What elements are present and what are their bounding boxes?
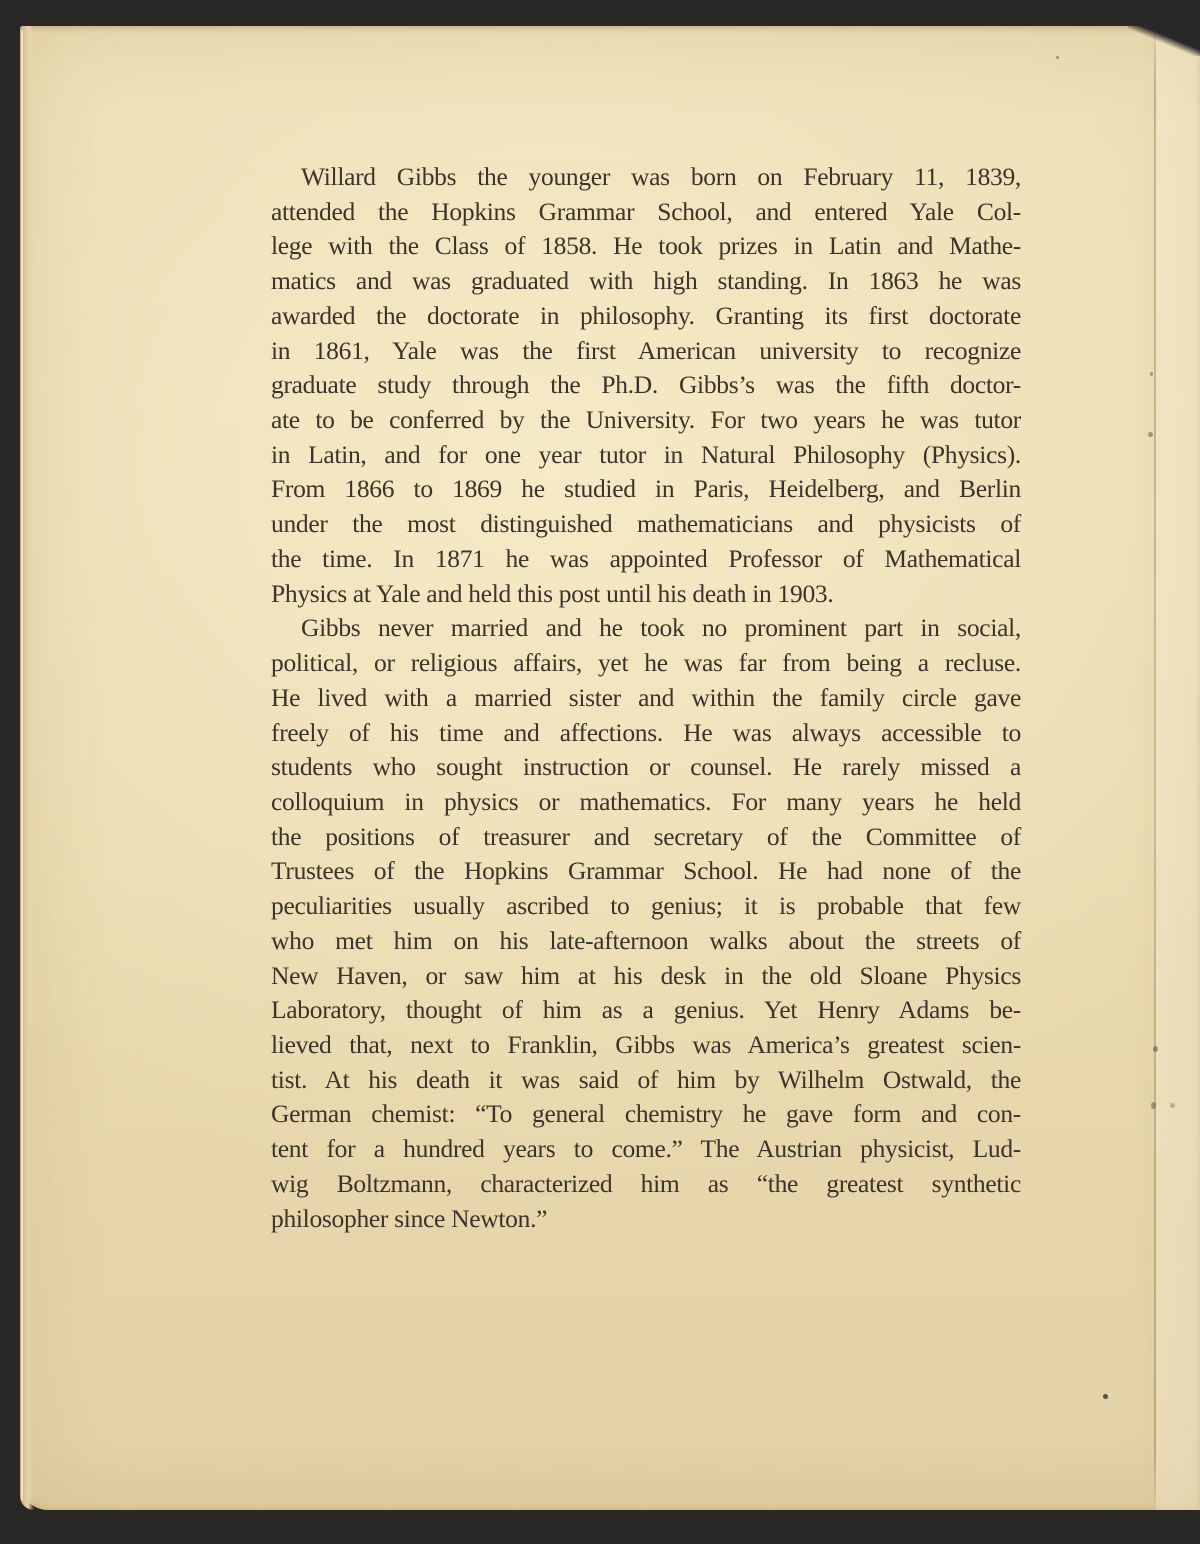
text-line: lege with the Class of 1858. He took pri… bbox=[271, 229, 1021, 264]
text-line: peculiarities usually ascribed to genius… bbox=[271, 889, 1021, 924]
paper-sheet: Willard Gibbs the younger was born on Fe… bbox=[20, 26, 1200, 1510]
paper-speck bbox=[1150, 372, 1153, 376]
text-line: ate to be conferred by the University. F… bbox=[271, 403, 1021, 438]
text-line: He lived with a married sister and withi… bbox=[271, 681, 1021, 716]
text-line: tist. At his death it was said of him by… bbox=[271, 1063, 1021, 1098]
text-line: in 1861, Yale was the first American uni… bbox=[271, 334, 1021, 369]
text-line: wig Boltzmann, characterized him as “the… bbox=[271, 1167, 1021, 1202]
text-line: German chemist: “To general chemistry he… bbox=[271, 1097, 1021, 1132]
page-edge-highlight bbox=[21, 30, 23, 1500]
paper-speck bbox=[1153, 1046, 1158, 1052]
text-line: From 1866 to 1869 he studied in Paris, H… bbox=[271, 472, 1021, 507]
text-line: philosopher since Newton.” bbox=[271, 1202, 1021, 1237]
text-line: freely of his time and affections. He wa… bbox=[271, 716, 1021, 751]
text-line: under the most distinguished mathematici… bbox=[271, 507, 1021, 542]
paper-speck bbox=[1170, 1103, 1175, 1108]
text-line: Laboratory, thought of him as a genius. … bbox=[271, 993, 1021, 1028]
text-line: matics and was graduated with high stand… bbox=[271, 264, 1021, 299]
text-line: Trustees of the Hopkins Grammar School. … bbox=[271, 854, 1021, 889]
text-line: students who sought instruction or couns… bbox=[271, 750, 1021, 785]
text-line: graduate study through the Ph.D. Gibbs’s… bbox=[271, 368, 1021, 403]
text-line: Gibbs never married and he took no promi… bbox=[271, 611, 1021, 646]
page-crease-zone bbox=[1156, 26, 1200, 1510]
text-line: attended the Hopkins Grammar School, and… bbox=[271, 195, 1021, 230]
paragraph: Willard Gibbs the younger was born on Fe… bbox=[271, 160, 1021, 611]
text-line: political, or religious affairs, yet he … bbox=[271, 646, 1021, 681]
page-corner-shadow bbox=[1128, 26, 1200, 56]
text-line: the time. In 1871 he was appointed Profe… bbox=[271, 542, 1021, 577]
paragraph: Gibbs never married and he took no promi… bbox=[271, 611, 1021, 1236]
paper-speck bbox=[1151, 1102, 1156, 1109]
text-line: colloquium in physics or mathematics. Fo… bbox=[271, 785, 1021, 820]
text-line: Willard Gibbs the younger was born on Fe… bbox=[271, 160, 1021, 195]
text-line: the positions of treasurer and secretary… bbox=[271, 820, 1021, 855]
page-text: Willard Gibbs the younger was born on Fe… bbox=[271, 160, 1021, 1236]
text-line: awarded the doctorate in philosophy. Gra… bbox=[271, 299, 1021, 334]
paper-speck bbox=[1148, 432, 1153, 437]
paper-speck bbox=[1103, 1394, 1108, 1399]
page-crease bbox=[1154, 26, 1156, 1510]
text-line: who met him on his late-afternoon walks … bbox=[271, 924, 1021, 959]
text-line: Physics at Yale and held this post until… bbox=[271, 577, 1021, 612]
text-line: New Haven, or saw him at his desk in the… bbox=[271, 959, 1021, 994]
paper-speck bbox=[1056, 56, 1059, 59]
scanned-book-page: Willard Gibbs the younger was born on Fe… bbox=[0, 0, 1200, 1544]
text-line: lieved that, next to Franklin, Gibbs was… bbox=[271, 1028, 1021, 1063]
text-line: tent for a hundred years to come.” The A… bbox=[271, 1132, 1021, 1167]
text-line: in Latin, and for one year tutor in Natu… bbox=[271, 438, 1021, 473]
